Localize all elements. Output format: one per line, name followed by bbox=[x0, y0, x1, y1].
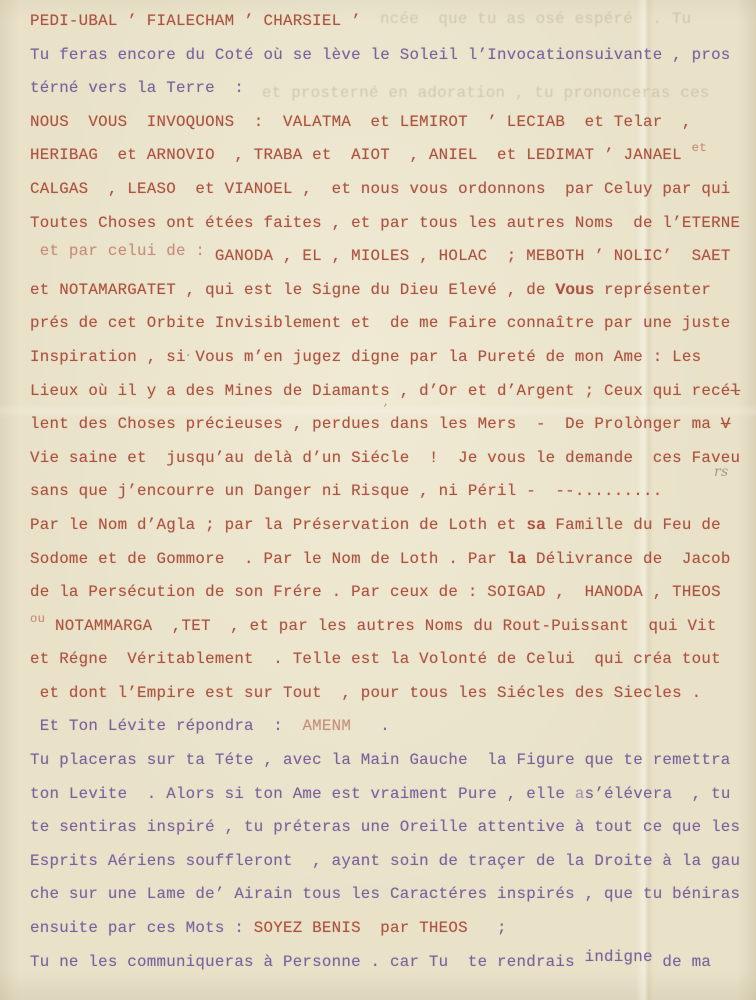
document-page: ncée que tu as osé espéré . Tuet proster… bbox=[0, 0, 756, 1000]
pencil-annotation: rs bbox=[714, 464, 728, 480]
pencil-annotation: ’ bbox=[383, 402, 388, 418]
handwritten-annotations-layer: rs’. bbox=[0, 0, 756, 1000]
pencil-annotation: . bbox=[186, 344, 191, 360]
